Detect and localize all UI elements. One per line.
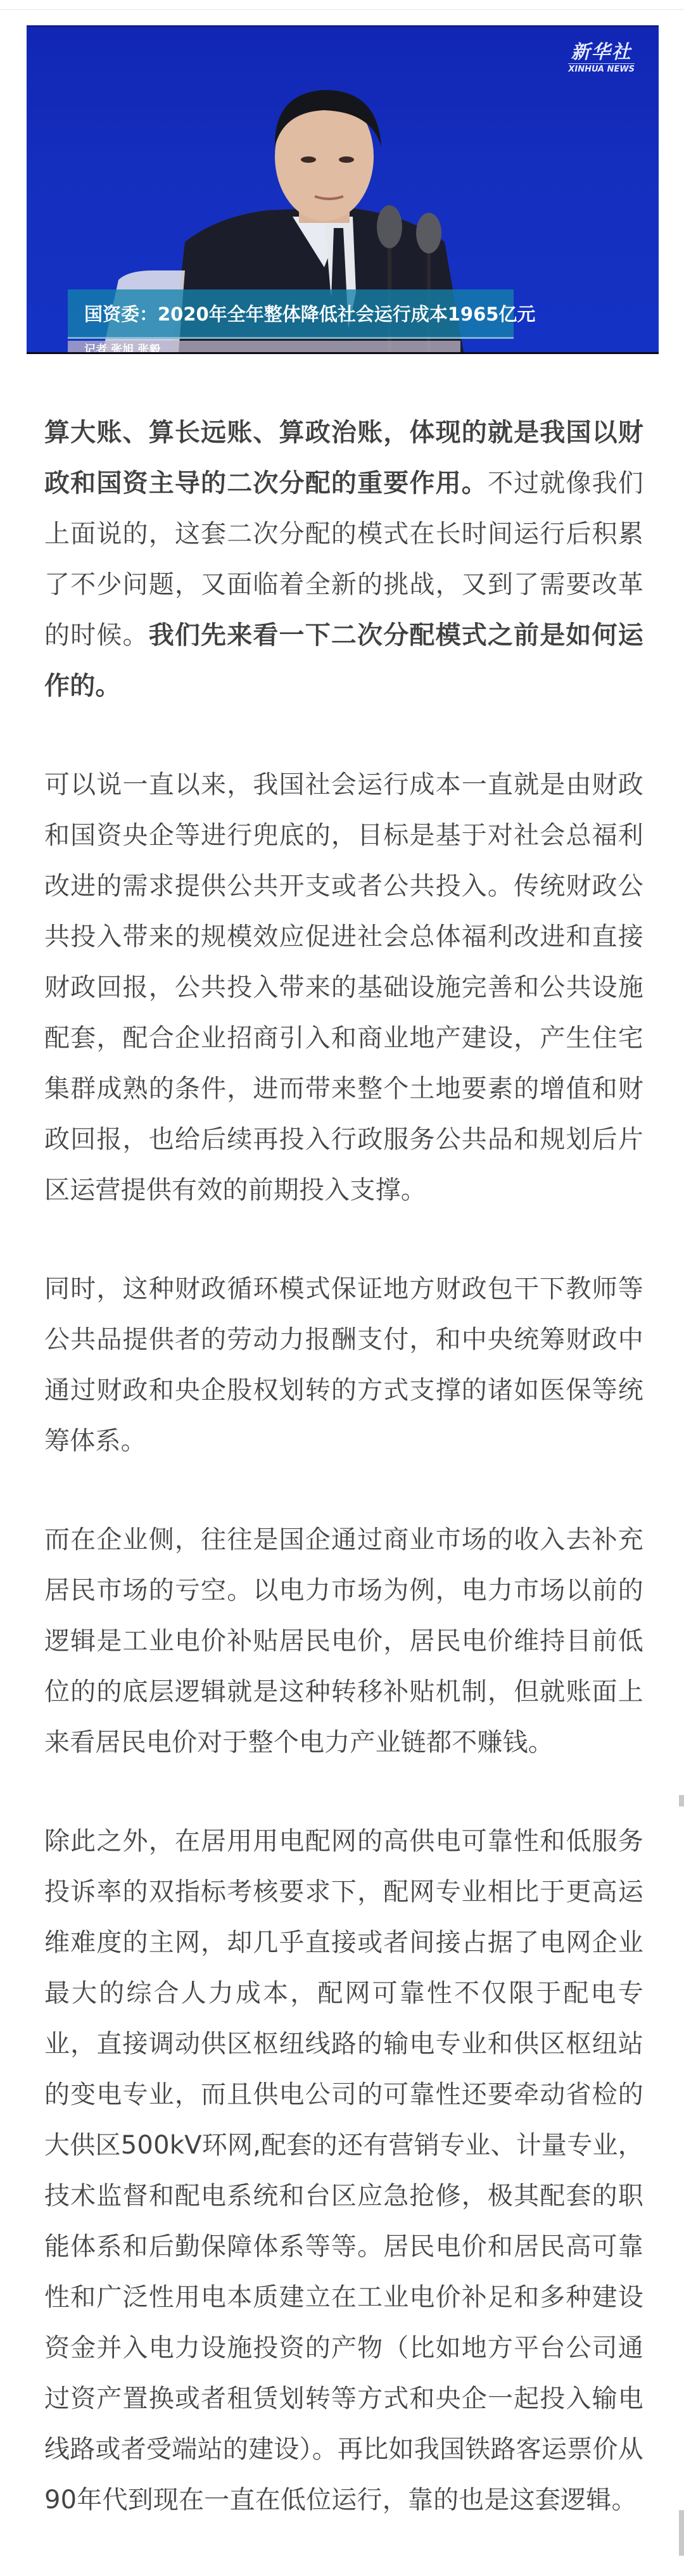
article-paragraph: 可以说一直以来，我国社会运行成本一直就是由财政和国资央企等进行兜底的，目标是基于… xyxy=(44,759,643,1215)
body-text: 可以说一直以来，我国社会运行成本一直就是由财政和国资央企等进行兜底的，目标是基于… xyxy=(44,770,643,1205)
news-video-thumbnail[interactable]: 新华社 XINHUA NEWS 国资委：2020年全年整体降低社会运行成本196… xyxy=(27,25,659,354)
body-text: 同时，这种财政循环模式保证地方财政包干下教师等公共品提供者的劳动力报酬支付，和中… xyxy=(44,1274,643,1456)
xinhua-watermark: 新华社 XINHUA NEWS xyxy=(568,42,635,75)
body-text: 而在企业侧，往往是国企通过商业市场的收入去补充居民市场的亏空。以电力市场为例，电… xyxy=(44,1525,643,1757)
article-paragraph: 算大账、算长远账、算政治账，体现的就是我国以财政和国资主导的二次分配的重要作用。… xyxy=(44,407,643,711)
article-paragraph: 同时，这种财政循环模式保证地方财政包干下教师等公共品提供者的劳动力报酬支付，和中… xyxy=(44,1264,643,1466)
article-body: 算大账、算长远账、算政治账，体现的就是我国以财政和国资主导的二次分配的重要作用。… xyxy=(44,407,643,2573)
video-caption-bar: 国资委：2020年全年整体降低社会运行成本1965亿元 xyxy=(68,289,514,339)
scrollbar-thumb[interactable] xyxy=(679,2510,684,2556)
top-divider xyxy=(0,9,684,10)
watermark-en: XINHUA NEWS xyxy=(568,63,635,75)
article-paragraph: 而在企业侧，往往是国企通过商业市场的收入去补充居民市场的亏空。以电力市场为例，电… xyxy=(44,1514,643,1768)
scrollbar-thumb[interactable] xyxy=(679,1795,684,1806)
article-paragraph: 除此之外，在居用用电配网的高供电可靠性和低服务投诉率的双指标考核要求下，配网专业… xyxy=(44,1816,643,2525)
body-text: 除此之外，在居用用电配网的高供电可靠性和低服务投诉率的双指标考核要求下，配网专业… xyxy=(44,1827,643,2515)
reporter-credit: 记者 张旭 张毅 xyxy=(68,341,460,354)
reporter-bar: 记者 张旭 张毅 xyxy=(68,341,460,354)
watermark-cn: 新华社 xyxy=(568,42,635,63)
video-caption: 国资委：2020年全年整体降低社会运行成本1965亿元 xyxy=(84,300,535,326)
